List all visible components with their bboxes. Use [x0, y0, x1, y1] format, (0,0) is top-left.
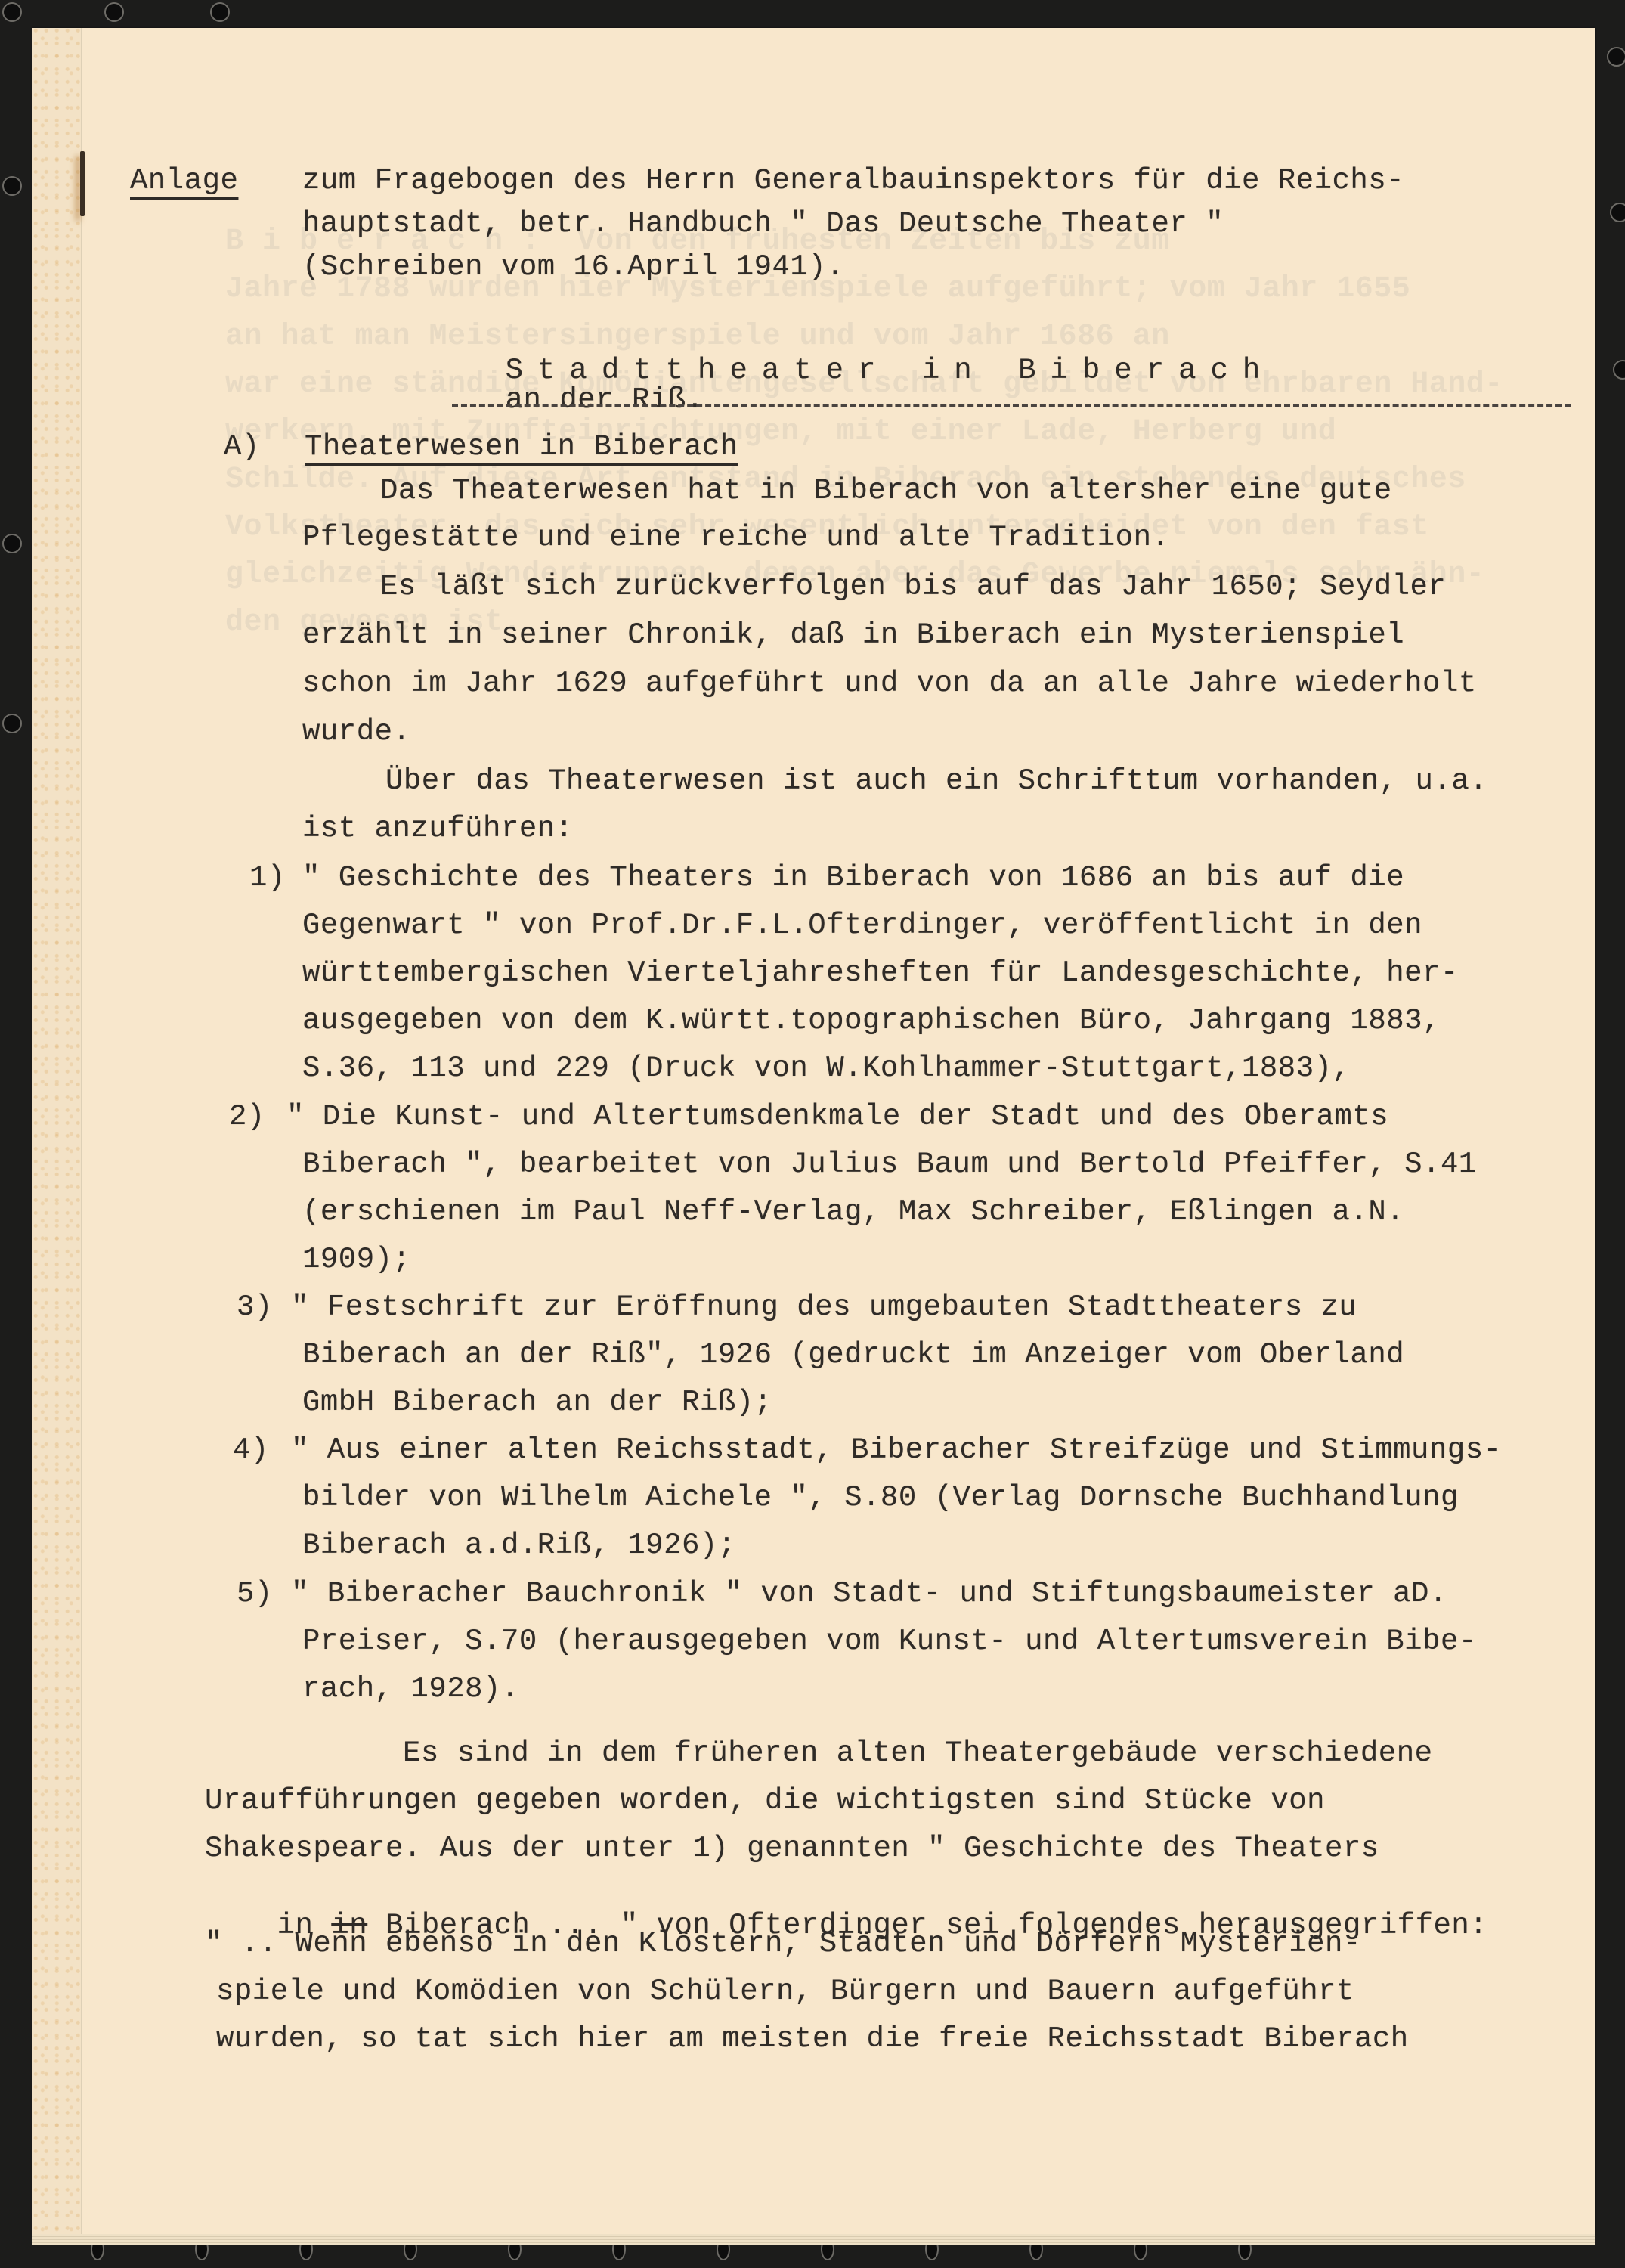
paragraph-line: Es läßt sich zurückverfolgen bis auf das…: [380, 572, 1446, 602]
paragraph-line: schon im Jahr 1629 aufgeführt und von da…: [302, 669, 1477, 699]
reference-line: Gegenwart " von Prof.Dr.F.L.Ofterdinger,…: [302, 911, 1422, 940]
quote-line: spiele und Komödien von Schülern, Bürger…: [216, 1977, 1354, 2006]
binder-hole: [1613, 360, 1625, 380]
reference-marker: 2): [229, 1102, 265, 1132]
reference-line: (erschienen im Paul Neff-Verlag, Max Sch…: [302, 1198, 1404, 1227]
paragraph-line: Über das Theaterwesen ist auch ein Schri…: [385, 767, 1487, 796]
binder-hole: [1610, 203, 1625, 222]
paragraph-line: ist anzuführen:: [302, 814, 574, 844]
binder-hole: [210, 2, 230, 22]
reference-marker: 5): [237, 1579, 273, 1609]
paragraph-line: Das Theaterwesen hat in Biberach von alt…: [380, 476, 1392, 506]
header-line: hauptstadt, betr. Handbuch " Das Deutsch…: [302, 209, 1224, 239]
title-underline: [452, 404, 1571, 407]
reference-line: S.36, 113 und 229 (Druck von W.Kohlhamme…: [302, 1054, 1350, 1083]
anlage-label: Anlage: [130, 166, 238, 196]
paragraph-line: erzählt in seiner Chronik, daß in Bibera…: [302, 621, 1404, 650]
reference-line: " Biberacher Bauchronik " von Stadt- und…: [291, 1579, 1447, 1609]
quote-line: wurden, so tat sich hier am meisten die …: [216, 2025, 1409, 2054]
title-spaced: Stadttheater in Biberach: [506, 354, 1275, 387]
binder-hole: [1607, 47, 1625, 67]
reference-line: " Geschichte des Theaters in Biberach vo…: [302, 863, 1404, 893]
reference-line: 1909);: [302, 1245, 410, 1275]
quote-line: " .. Wenn ebenso in den Klöstern, Städte…: [205, 1929, 1361, 1959]
paragraph-line: Shakespeare. Aus der unter 1) genannten …: [205, 1834, 1379, 1864]
reference-line: bilder von Wilhelm Aichele ", S.80 (Verl…: [302, 1483, 1459, 1513]
paragraph-line: Uraufführungen gegeben worden, die wicht…: [205, 1786, 1325, 1816]
section-marker: A): [224, 432, 260, 462]
header-line: (Schreiben vom 16.April 1941).: [302, 253, 844, 282]
reference-marker: 3): [237, 1293, 273, 1322]
binder-hole: [104, 2, 124, 22]
binder-hole: [2, 2, 22, 22]
binding-margin: [32, 28, 82, 2235]
reference-marker: 1): [249, 863, 286, 893]
title-rest: an der Riß.: [506, 383, 704, 417]
paragraph-line: Es sind in dem früheren alten Theatergeb…: [403, 1739, 1433, 1768]
paragraph-line: wurde.: [302, 717, 410, 747]
staple-mark: [80, 151, 85, 216]
document-title: Stadttheater in Biberach an der Riß.: [433, 327, 1274, 445]
reference-line: ausgegeben von dem K.württ.topographisch…: [302, 1006, 1441, 1036]
document-page: B i b e r a c h : Von den frühesten Zeit…: [32, 28, 1595, 2235]
reference-marker: 4): [233, 1436, 269, 1465]
reference-line: " Aus einer alten Reichsstadt, Biberache…: [291, 1436, 1502, 1465]
reference-line: Preiser, S.70 (herausgegeben vom Kunst- …: [302, 1627, 1477, 1656]
reference-line: rach, 1928).: [302, 1675, 519, 1704]
section-heading: Theaterwesen in Biberach: [305, 432, 738, 462]
paragraph-line: Pflegestätte und eine reiche und alte Tr…: [302, 523, 1169, 553]
reference-line: Biberach ", bearbeitet von Julius Baum u…: [302, 1150, 1477, 1179]
header-line: zum Fragebogen des Herrn Generalbauinspe…: [302, 166, 1404, 196]
reference-line: Biberach an der Riß", 1926 (gedruckt im …: [302, 1340, 1404, 1370]
reference-line: " Festschrift zur Eröffnung des umgebaut…: [291, 1293, 1357, 1322]
reference-line: württembergischen Vierteljahresheften fü…: [302, 959, 1459, 988]
reference-line: Biberach a.d.Riß, 1926);: [302, 1531, 736, 1560]
reference-line: GmbH Biberach an der Riß);: [302, 1388, 772, 1417]
binder-hole: [2, 714, 22, 733]
binder-hole: [2, 534, 22, 553]
binder-hole: [2, 176, 22, 196]
reference-line: " Die Kunst- und Altertumsdenkmale der S…: [286, 1102, 1388, 1132]
